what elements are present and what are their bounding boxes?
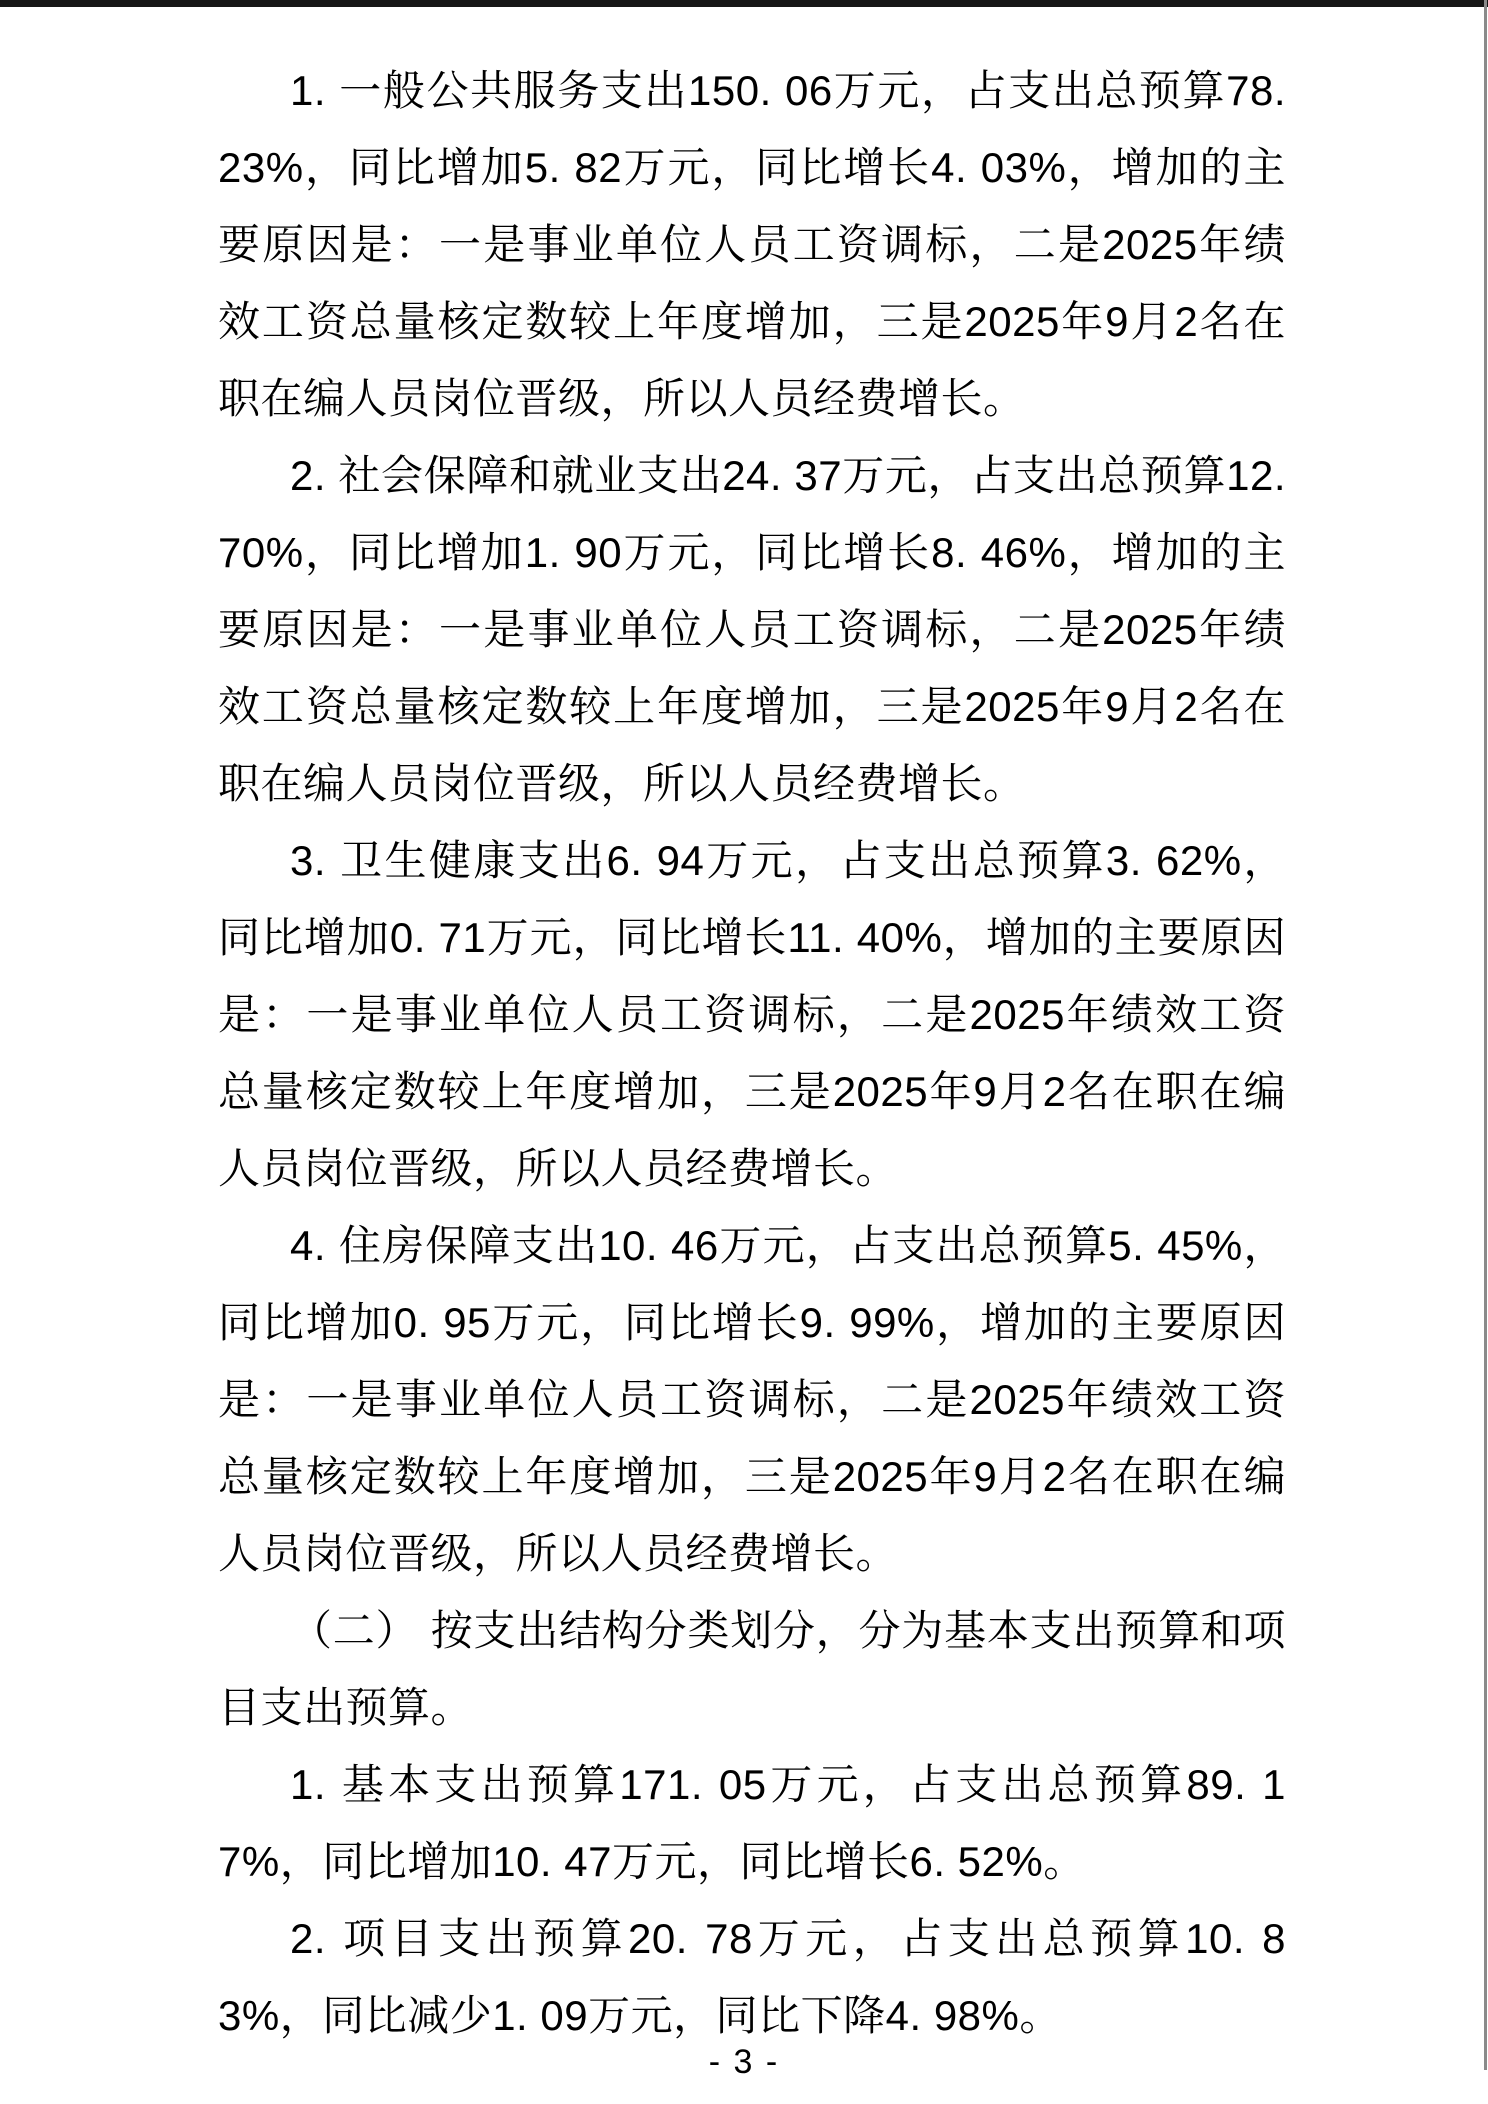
body-paragraph-structure-classification-heading: （二） 按支出结构分类划分，分为基本支出预算和项目支出预算。 [218,1592,1286,1746]
document-body: 1. 一般公共服务支出150. 06万元，占支出总预算78. 23%，同比增加5… [218,52,1286,2054]
scan-artifact-right-edge-line [1484,0,1487,2070]
scan-artifact-top-bar [0,0,1488,7]
body-paragraph-social-security-employment: 2. 社会保障和就业支出24. 37万元，占支出总预算12. 70%，同比增加1… [218,437,1286,822]
body-paragraph-general-public-services: 1. 一般公共服务支出150. 06万元，占支出总预算78. 23%，同比增加5… [218,52,1286,437]
body-paragraph-health: 3. 卫生健康支出6. 94万元，占支出总预算3. 62%，同比增加0. 71万… [218,822,1286,1207]
page-number: - 3 - [0,2040,1488,2084]
body-paragraph-project-expenditure: 2. 项目支出预算20. 78万元，占支出总预算10. 83%，同比减少1. 0… [218,1900,1286,2054]
body-paragraph-basic-expenditure: 1. 基本支出预算171. 05万元，占支出总预算89. 17%，同比增加10.… [218,1746,1286,1900]
body-paragraph-housing-security: 4. 住房保障支出10. 46万元，占支出总预算5. 45%，同比增加0. 95… [218,1207,1286,1592]
